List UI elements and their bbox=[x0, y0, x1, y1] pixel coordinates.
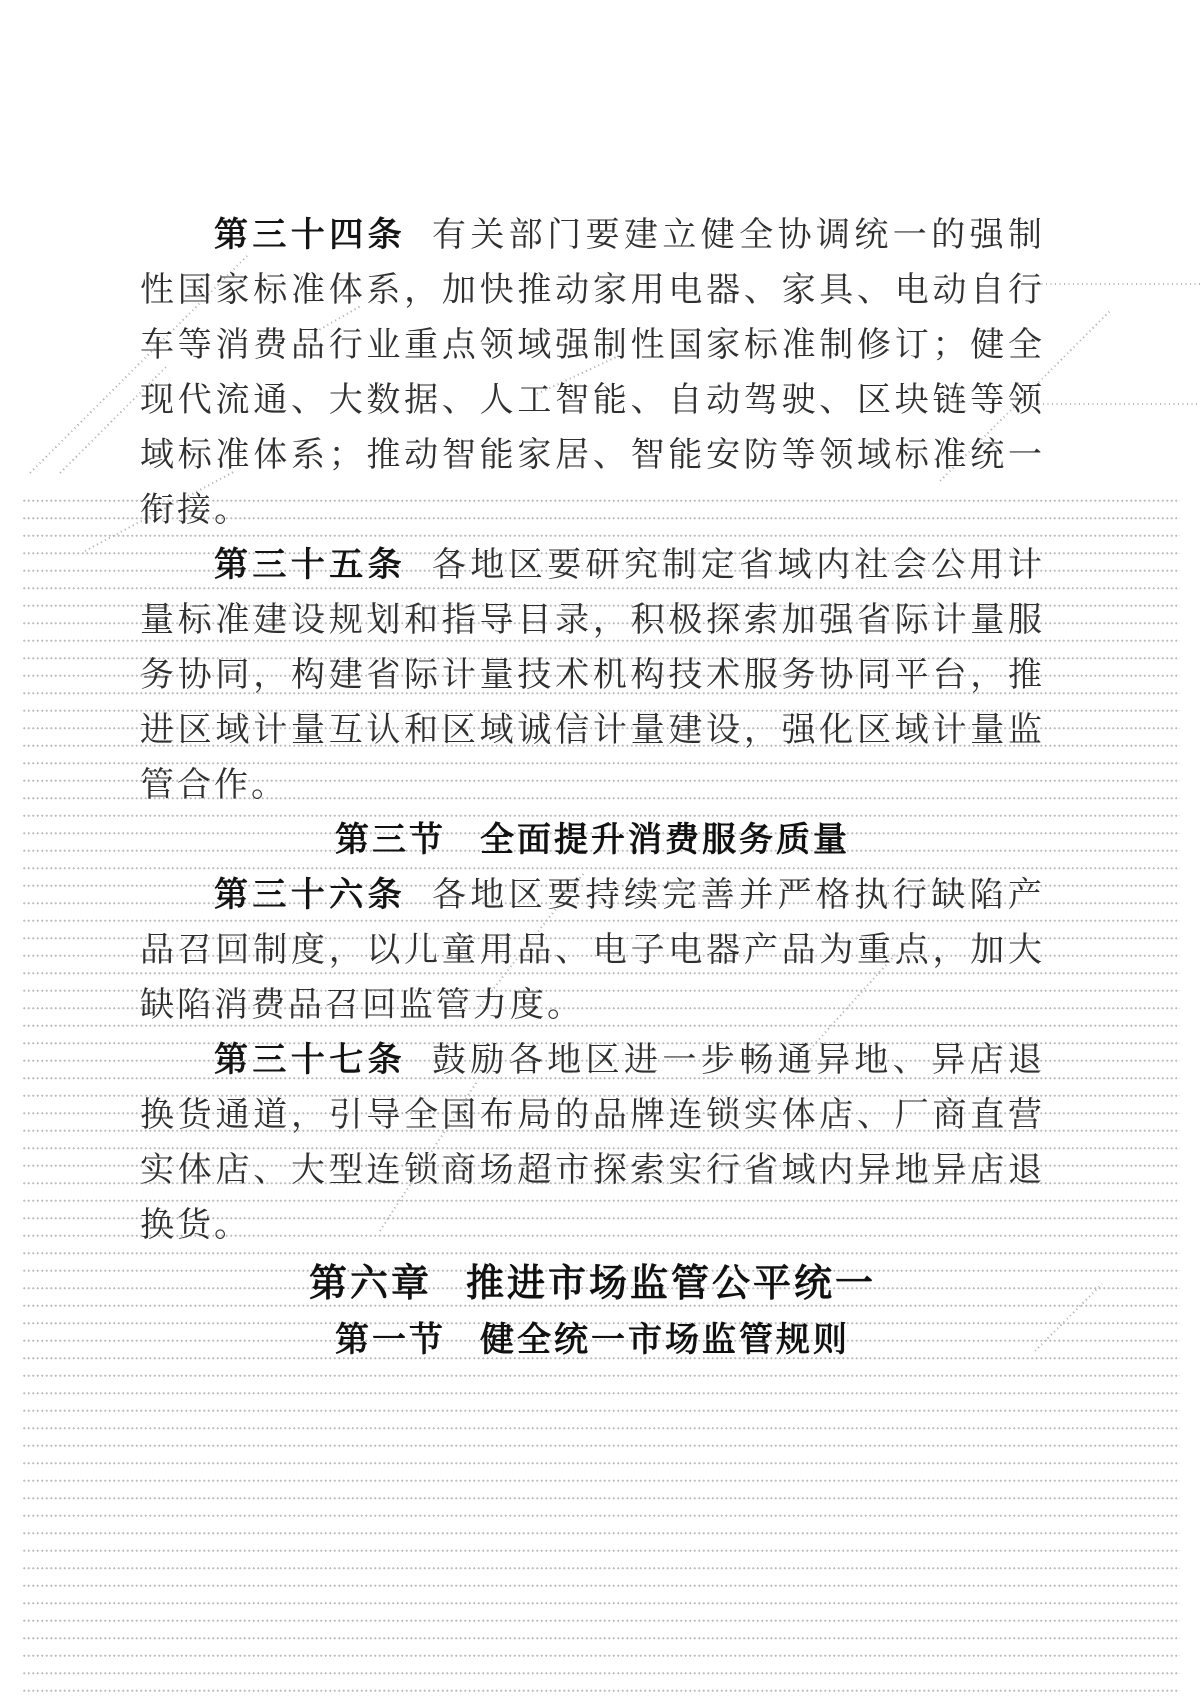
section-title: 健全统一市场监管规则 bbox=[480, 1320, 850, 1360]
section-heading-3: 第三节全面提升消费服务质量 bbox=[140, 813, 1045, 868]
article-text: 有关部门要建立健全协调统一的强制性国家标准体系，加快推动家用电器、家具、电动自行… bbox=[140, 215, 1045, 530]
article-number: 第三十四条 bbox=[214, 215, 406, 255]
article-paragraph-34: 第三十四条有关部门要建立健全协调统一的强制性国家标准体系，加快推动家用电器、家具… bbox=[140, 208, 1045, 538]
document-body: 第三十四条有关部门要建立健全协调统一的强制性国家标准体系，加快推动家用电器、家具… bbox=[140, 208, 1045, 1368]
section-number: 第一节 bbox=[335, 1320, 446, 1360]
dotted-line-artifact bbox=[1025, 403, 1200, 405]
chapter-number: 第六章 bbox=[309, 1260, 432, 1305]
article-paragraph-36: 第三十六条各地区要持续完善并严格执行缺陷产品召回制度，以儿童用品、电子电器产品为… bbox=[140, 868, 1045, 1033]
article-number: 第三十五条 bbox=[214, 545, 406, 585]
article-paragraph-37: 第三十七条鼓励各地区进一步畅通异地、异店退换货通道，引导全国布局的品牌连锁实体店… bbox=[140, 1033, 1045, 1253]
document-page: 第三十四条有关部门要建立健全协调统一的强制性国家标准体系，加快推动家用电器、家具… bbox=[0, 0, 1200, 1697]
dotted-line-artifact bbox=[1037, 283, 1200, 285]
section-title: 全面提升消费服务质量 bbox=[480, 820, 850, 860]
article-number: 第三十七条 bbox=[214, 1040, 406, 1080]
article-paragraph-35: 第三十五条各地区要研究制定省域内社会公用计量标准建设规划和指导目录，积极探索加强… bbox=[140, 538, 1045, 813]
chapter-heading-6: 第六章推进市场监管公平统一 bbox=[140, 1253, 1045, 1313]
section-heading-1: 第一节健全统一市场监管规则 bbox=[140, 1313, 1045, 1368]
article-number: 第三十六条 bbox=[214, 875, 406, 915]
chapter-title: 推进市场监管公平统一 bbox=[466, 1260, 876, 1305]
section-number: 第三节 bbox=[335, 820, 446, 860]
